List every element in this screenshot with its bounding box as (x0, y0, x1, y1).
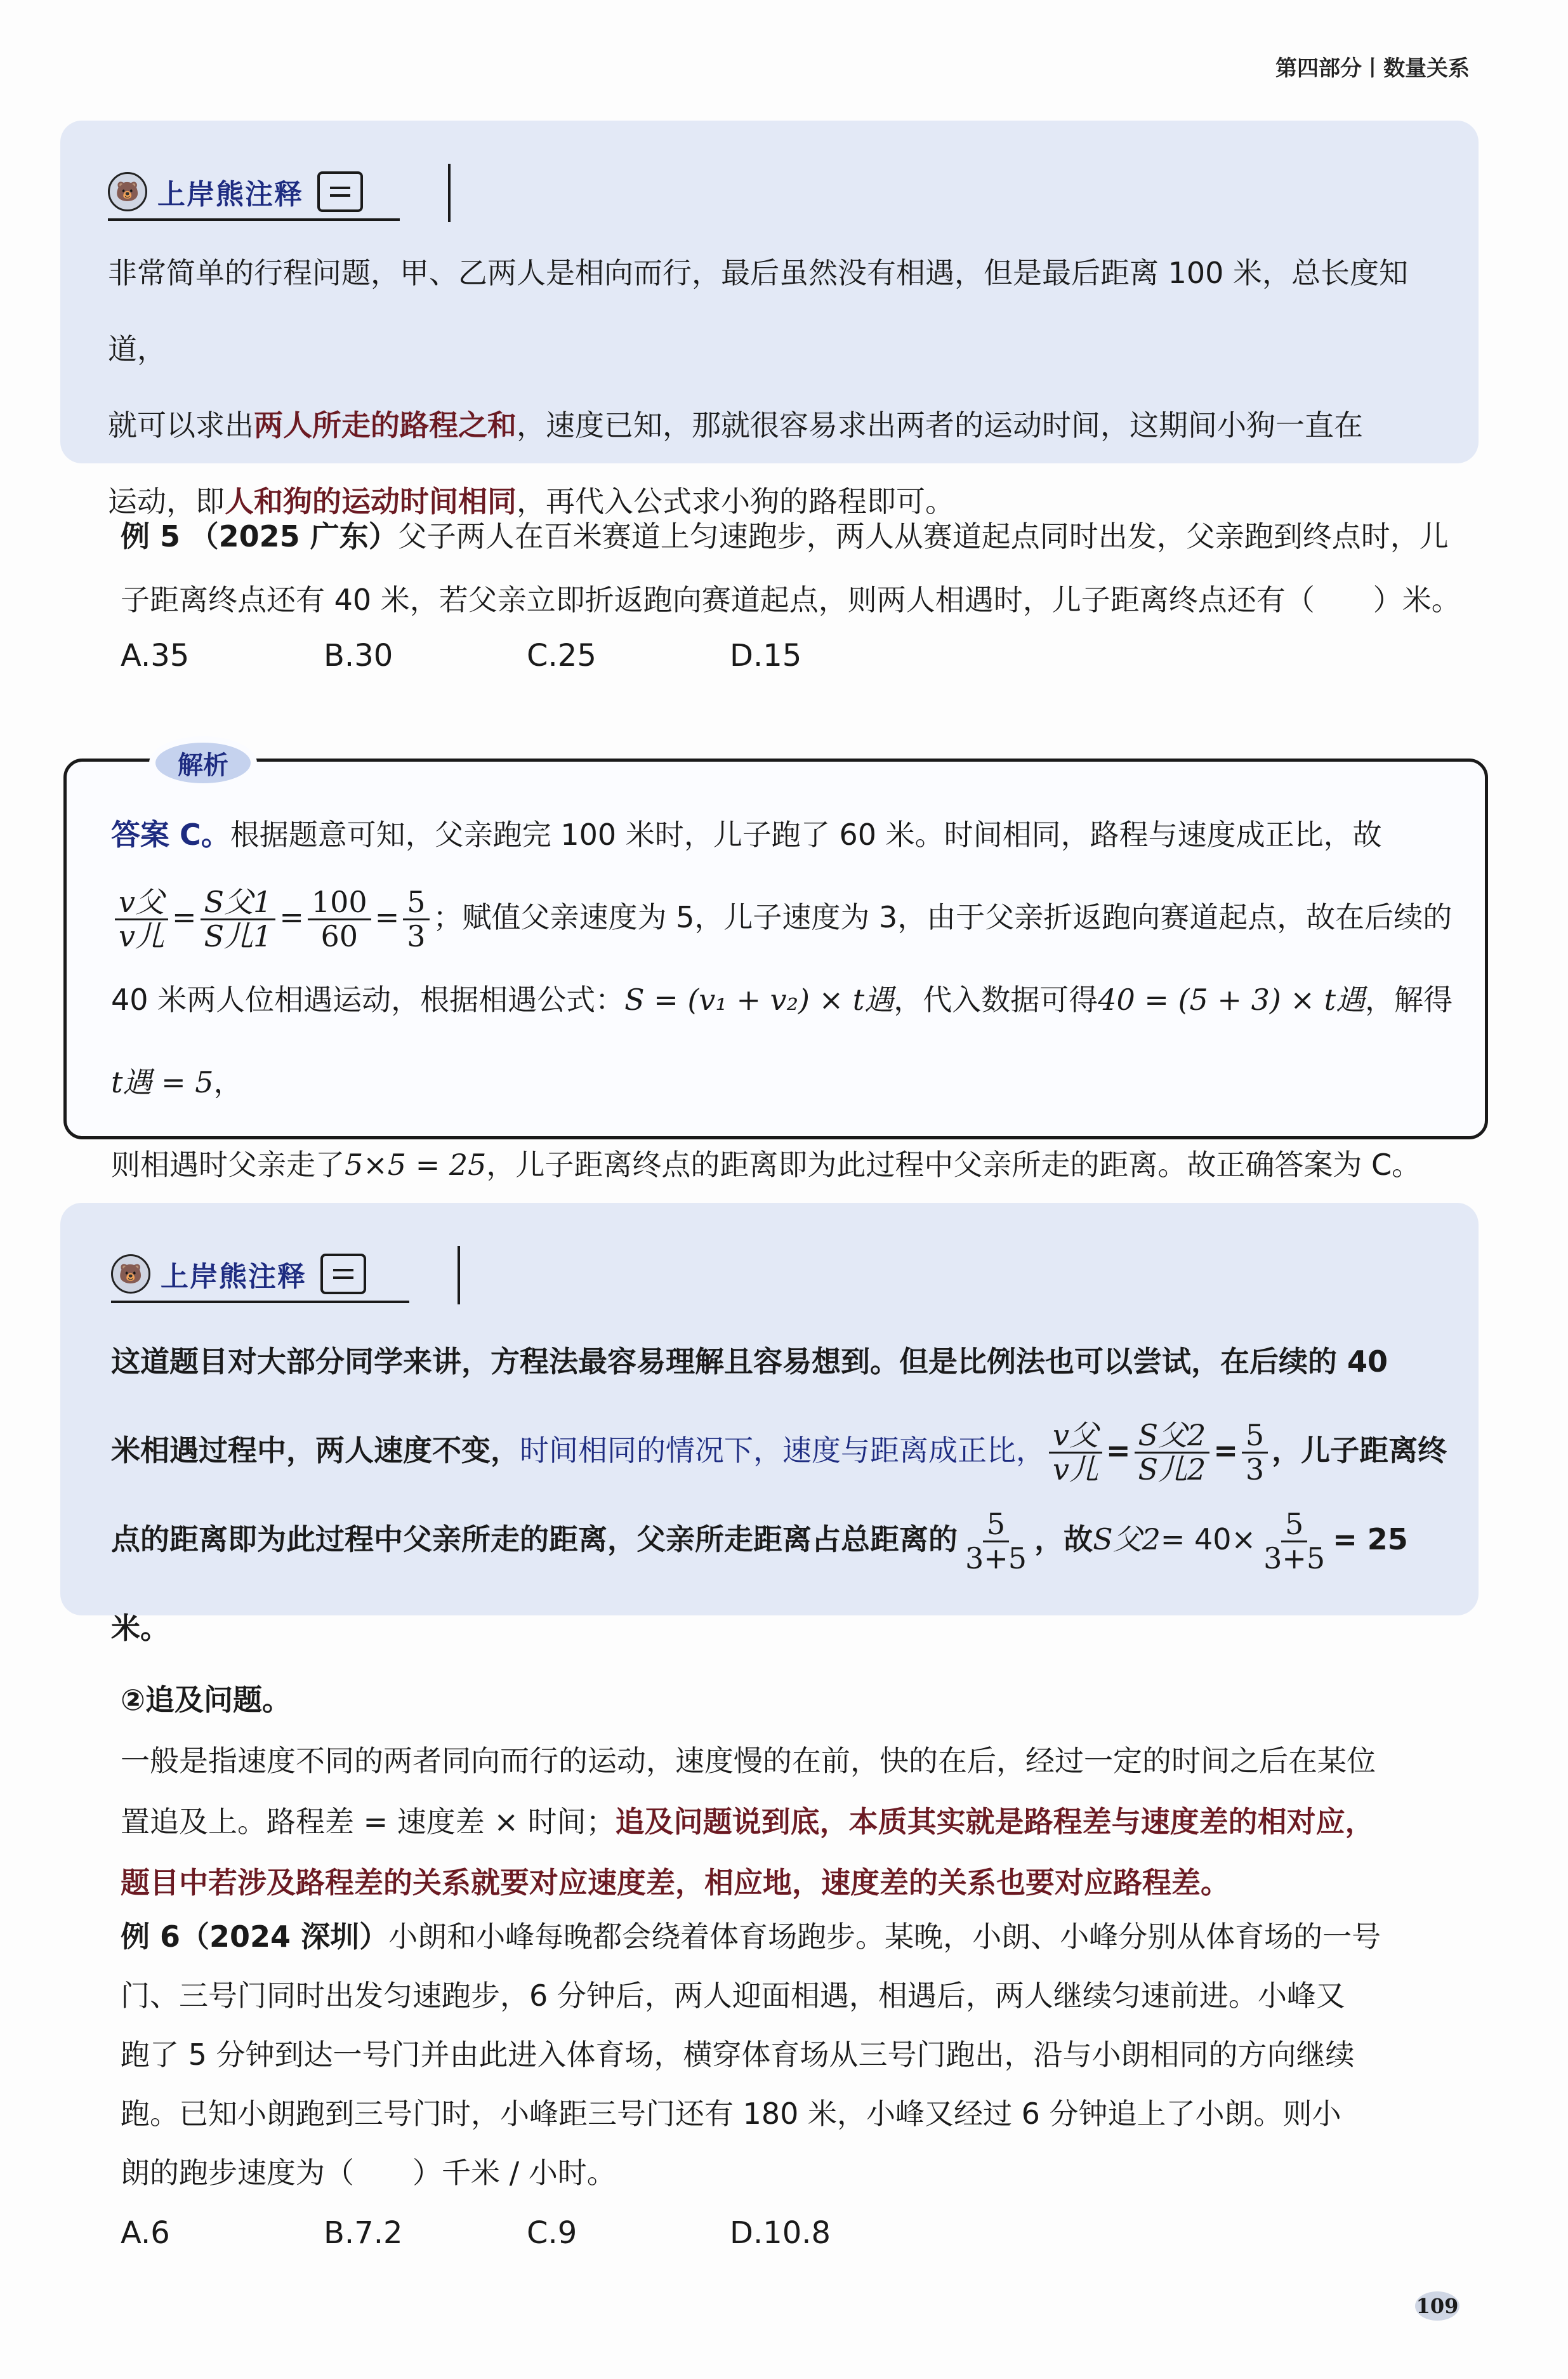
text: 根据题意可知，父亲跑完 100 米时，儿子跑了 60 米。时间相同，路程与速度成… (230, 818, 1382, 852)
option-d: D.10.8 (730, 2215, 933, 2251)
text: ，代入数据可得 (893, 983, 1098, 1017)
text: ；赋值父亲速度为 5，儿子速度为 3，由于父亲折返跑向赛道起点，故在后续的 (433, 900, 1453, 934)
example6-line4: 跑。已知小朗跑到三号门时，小峰距三号门还有 180 米，小峰又经过 6 分钟追上… (121, 2084, 1472, 2144)
section-line3: 题目中若涉及路程差的关系就要对应速度差，相应地，速度差的关系也要对应路程差。 (121, 1852, 1472, 1913)
note2-line3: 点的距离即为此过程中父亲所走的距离，父亲所走距离占总距离的53+5，故S父2= … (111, 1495, 1463, 1673)
section-line2: 置追及上。路程差 = 速度差 × 时间；追及问题说到底，本质其实就是路程差与速度… (121, 1791, 1472, 1852)
analysis-line2: v父v儿=S父1S儿1=10060=53；赋值父亲速度为 5，儿子速度为 3，由… (111, 876, 1463, 958)
bear-icon: 🐻 (108, 172, 147, 211)
note-body-1: 非常简单的行程问题，甲、乙两人是相向而行，最后虽然没有相遇，但是最后距离 100… (108, 235, 1453, 540)
analysis-line1: 答案 C。根据题意可知，父亲跑完 100 米时，儿子跑了 60 米。时间相同，路… (111, 793, 1463, 876)
example-5: 例 5 （2025 广东）父子两人在百米赛道上匀速跑步，两人从赛道起点同时出发，… (121, 505, 1472, 632)
example-source: （2025 广东） (190, 519, 398, 553)
option-c: C.25 (527, 638, 730, 673)
text: 小朗和小峰每晚都会绕着体育场跑步。某晚，小朗、小峰分别从体育场的一号 (388, 1919, 1381, 1954)
note-box-2: 🐻 上岸熊注释 这道题目对大部分同学来讲，方程法最容易理解且容易想到。但是比例法… (60, 1203, 1479, 1615)
example6-options: A.6 B.7.2 C.9 D.10.8 (121, 2215, 933, 2251)
example5-line1: 例 5 （2025 广东）父子两人在百米赛道上匀速跑步，两人从赛道起点同时出发，… (121, 505, 1472, 568)
bear-icon: 🐻 (111, 1254, 150, 1294)
text: 点的距离即为此过程中父亲所走的距离，父亲所走距离占总距离的 (111, 1522, 958, 1556)
numerator: 5 (403, 886, 429, 920)
note1-line2: 就可以求出两人所走的路程之和，速度已知，那就很容易求出两者的运动时间，这期间小狗… (108, 387, 1453, 463)
note1-line1: 非常简单的行程问题，甲、乙两人是相向而行，最后虽然没有相遇，但是最后距离 100… (108, 235, 1453, 387)
text: ，儿子距离终点的距离即为此过程中父亲所走的距离。故正确答案为 C。 (486, 1148, 1421, 1182)
example-label: 例 6 (121, 1919, 180, 1954)
denominator: v儿 (1049, 1454, 1102, 1486)
fraction-v: v父v儿 (115, 886, 168, 952)
text: ，故 (1034, 1522, 1093, 1556)
section-line1: 一般是指速度不同的两者同向而行的运动，速度慢的在前，快的在后，经过一定的时间之后… (121, 1730, 1472, 1791)
text: 则相遇时父亲走了 (111, 1148, 345, 1182)
denominator: 3+5 (1260, 1542, 1329, 1575)
option-a: A.35 (121, 638, 324, 673)
fraction-n: 10060 (308, 886, 371, 952)
analysis-line3: 40 米两人位相遇运动，根据相遇公式：S = (v₁ + v₂) × t遇，代入… (111, 958, 1463, 1123)
note-header-frame (458, 1246, 460, 1304)
fraction-share-2: 53+5 (1260, 1508, 1329, 1574)
example6-line1: 例 6（2024 深圳）小朗和小峰每晚都会绕着体育场跑步。某晚，小朗、小峰分别从… (121, 1907, 1472, 1966)
numerator: S父1 (201, 886, 276, 920)
page-number: 109 (1415, 2291, 1459, 2321)
option-b: B.7.2 (324, 2215, 527, 2251)
denominator: S儿1 (201, 920, 276, 953)
fraction-r: 53 (403, 886, 429, 952)
highlight-text: 时间相同的情况下，速度与距离成正比， (520, 1433, 1045, 1468)
numerator: 100 (308, 886, 371, 920)
example-label: 例 5 (121, 519, 180, 553)
note-header-1: 🐻 上岸熊注释 (108, 171, 400, 221)
fraction-v: v父v儿 (1049, 1419, 1102, 1485)
example6-line3: 跑了 5 分钟到达一号门并由此进入体育场，横穿体育场从三号门跑出，沿与小朗相同的… (121, 2025, 1472, 2084)
example5-line2: 子距离终点还有 40 米，若父亲立即折返跑向赛道起点，则两人相遇时，儿子距离终点… (121, 568, 1472, 632)
text: 米相遇过程中，两人速度不变， (111, 1433, 520, 1468)
numerator: 5 (1281, 1508, 1307, 1542)
example6-line2: 门、三号门同时出发匀速跑步，6 分钟后，两人迎面相遇，相遇后，两人继续匀速前进。… (121, 1966, 1472, 2025)
example6-line5: 朗的跑步速度为（ ）千米 / 小时。 (121, 2144, 1472, 2203)
denominator: 3 (1242, 1454, 1268, 1486)
example-6: 例 6（2024 深圳）小朗和小峰每晚都会绕着体育场跑步。某晚，小朗、小峰分别从… (121, 1907, 1472, 2203)
fraction-r: 53 (1242, 1419, 1268, 1485)
denominator: 3+5 (961, 1542, 1031, 1575)
text: ，速度已知，那就很容易求出两者的运动时间，这期间小狗一直在 (517, 408, 1363, 442)
fraction-share: 53+5 (961, 1508, 1031, 1574)
denominator: S儿2 (1135, 1454, 1210, 1486)
option-a: A.6 (121, 2215, 324, 2251)
text: 就可以求出 (108, 408, 254, 442)
note-header-2: 🐻 上岸熊注释 (111, 1254, 409, 1303)
numerator: v父 (115, 886, 168, 920)
example5-options: A.35 B.30 C.25 D.15 (121, 638, 933, 673)
running-head: 第四部分丨数量关系 (1275, 51, 1470, 82)
example-source: （2024 深圳） (180, 1919, 388, 1954)
text: 父子两人在百米赛道上匀速跑步，两人从赛道起点同时出发，父亲跑到终点时，儿 (398, 519, 1449, 553)
text: ，儿子距离终 (1272, 1433, 1447, 1468)
highlight-text: 追及问题说到底，本质其实就是路程差与速度差的相对应， (616, 1805, 1374, 1839)
formula: = 40× (1161, 1522, 1256, 1556)
note2-line2: 米相遇过程中，两人速度不变，时间相同的情况下，速度与距离成正比，v父v儿=S父2… (111, 1406, 1463, 1495)
option-b: B.30 (324, 638, 527, 673)
formula: 40 = (5 + 3) × t遇 (1098, 983, 1365, 1017)
text: 置追及上。路程差 = 速度差 × 时间； (121, 1805, 616, 1839)
denominator: v儿 (115, 920, 168, 953)
pursuit-section: ②追及问题。 一般是指速度不同的两者同向而行的运动，速度慢的在前，快的在后，经过… (121, 1669, 1472, 1913)
fraction-s: S父2S儿2 (1135, 1419, 1210, 1485)
text: 40 米两人位相遇运动，根据相遇公式： (111, 983, 624, 1017)
formula: S = (v₁ + v₂) × t遇 (624, 983, 893, 1017)
denominator: 3 (403, 920, 429, 953)
note-header-frame (448, 164, 451, 222)
formula: S父2 (1093, 1522, 1161, 1556)
option-d: D.15 (730, 638, 933, 673)
formula: 5×5 = 25 (345, 1148, 486, 1182)
answer-label: 答案 C。 (111, 818, 230, 852)
text: ，解得 (1365, 983, 1453, 1017)
note-box-1: 🐻 上岸熊注释 非常简单的行程问题，甲、乙两人是相向而行，最后虽然没有相遇，但是… (60, 121, 1479, 463)
section-heading: ②追及问题。 (121, 1669, 1472, 1730)
numerator: 5 (983, 1508, 1009, 1542)
note-title-1: 上岸熊注释 (157, 171, 303, 212)
comment-icon (320, 1254, 366, 1294)
comment-icon (317, 171, 363, 212)
analysis-tag: 解析 (149, 736, 257, 790)
option-c: C.9 (527, 2215, 730, 2251)
numerator: S父2 (1135, 1419, 1210, 1454)
note2-line1: 这道题目对大部分同学来讲，方程法最容易理解且容易想到。但是比例法也可以尝试，在后… (111, 1317, 1463, 1406)
note-title-2: 上岸熊注释 (161, 1254, 306, 1294)
note-body-2: 这道题目对大部分同学来讲，方程法最容易理解且容易想到。但是比例法也可以尝试，在后… (111, 1317, 1463, 1673)
text: ， (214, 1065, 243, 1099)
highlight-text: 两人所走的路程之和 (254, 408, 517, 442)
denominator: 60 (317, 920, 362, 953)
numerator: v父 (1049, 1419, 1102, 1454)
analysis-body: 答案 C。根据题意可知，父亲跑完 100 米时，儿子跑了 60 米。时间相同，路… (111, 793, 1463, 1206)
formula: t遇 = 5 (111, 1065, 214, 1099)
numerator: 5 (1242, 1419, 1268, 1454)
fraction-s: S父1S儿1 (201, 886, 276, 952)
analysis-line4: 则相遇时父亲走了5×5 = 25，儿子距离终点的距离即为此过程中父亲所走的距离。… (111, 1123, 1463, 1206)
